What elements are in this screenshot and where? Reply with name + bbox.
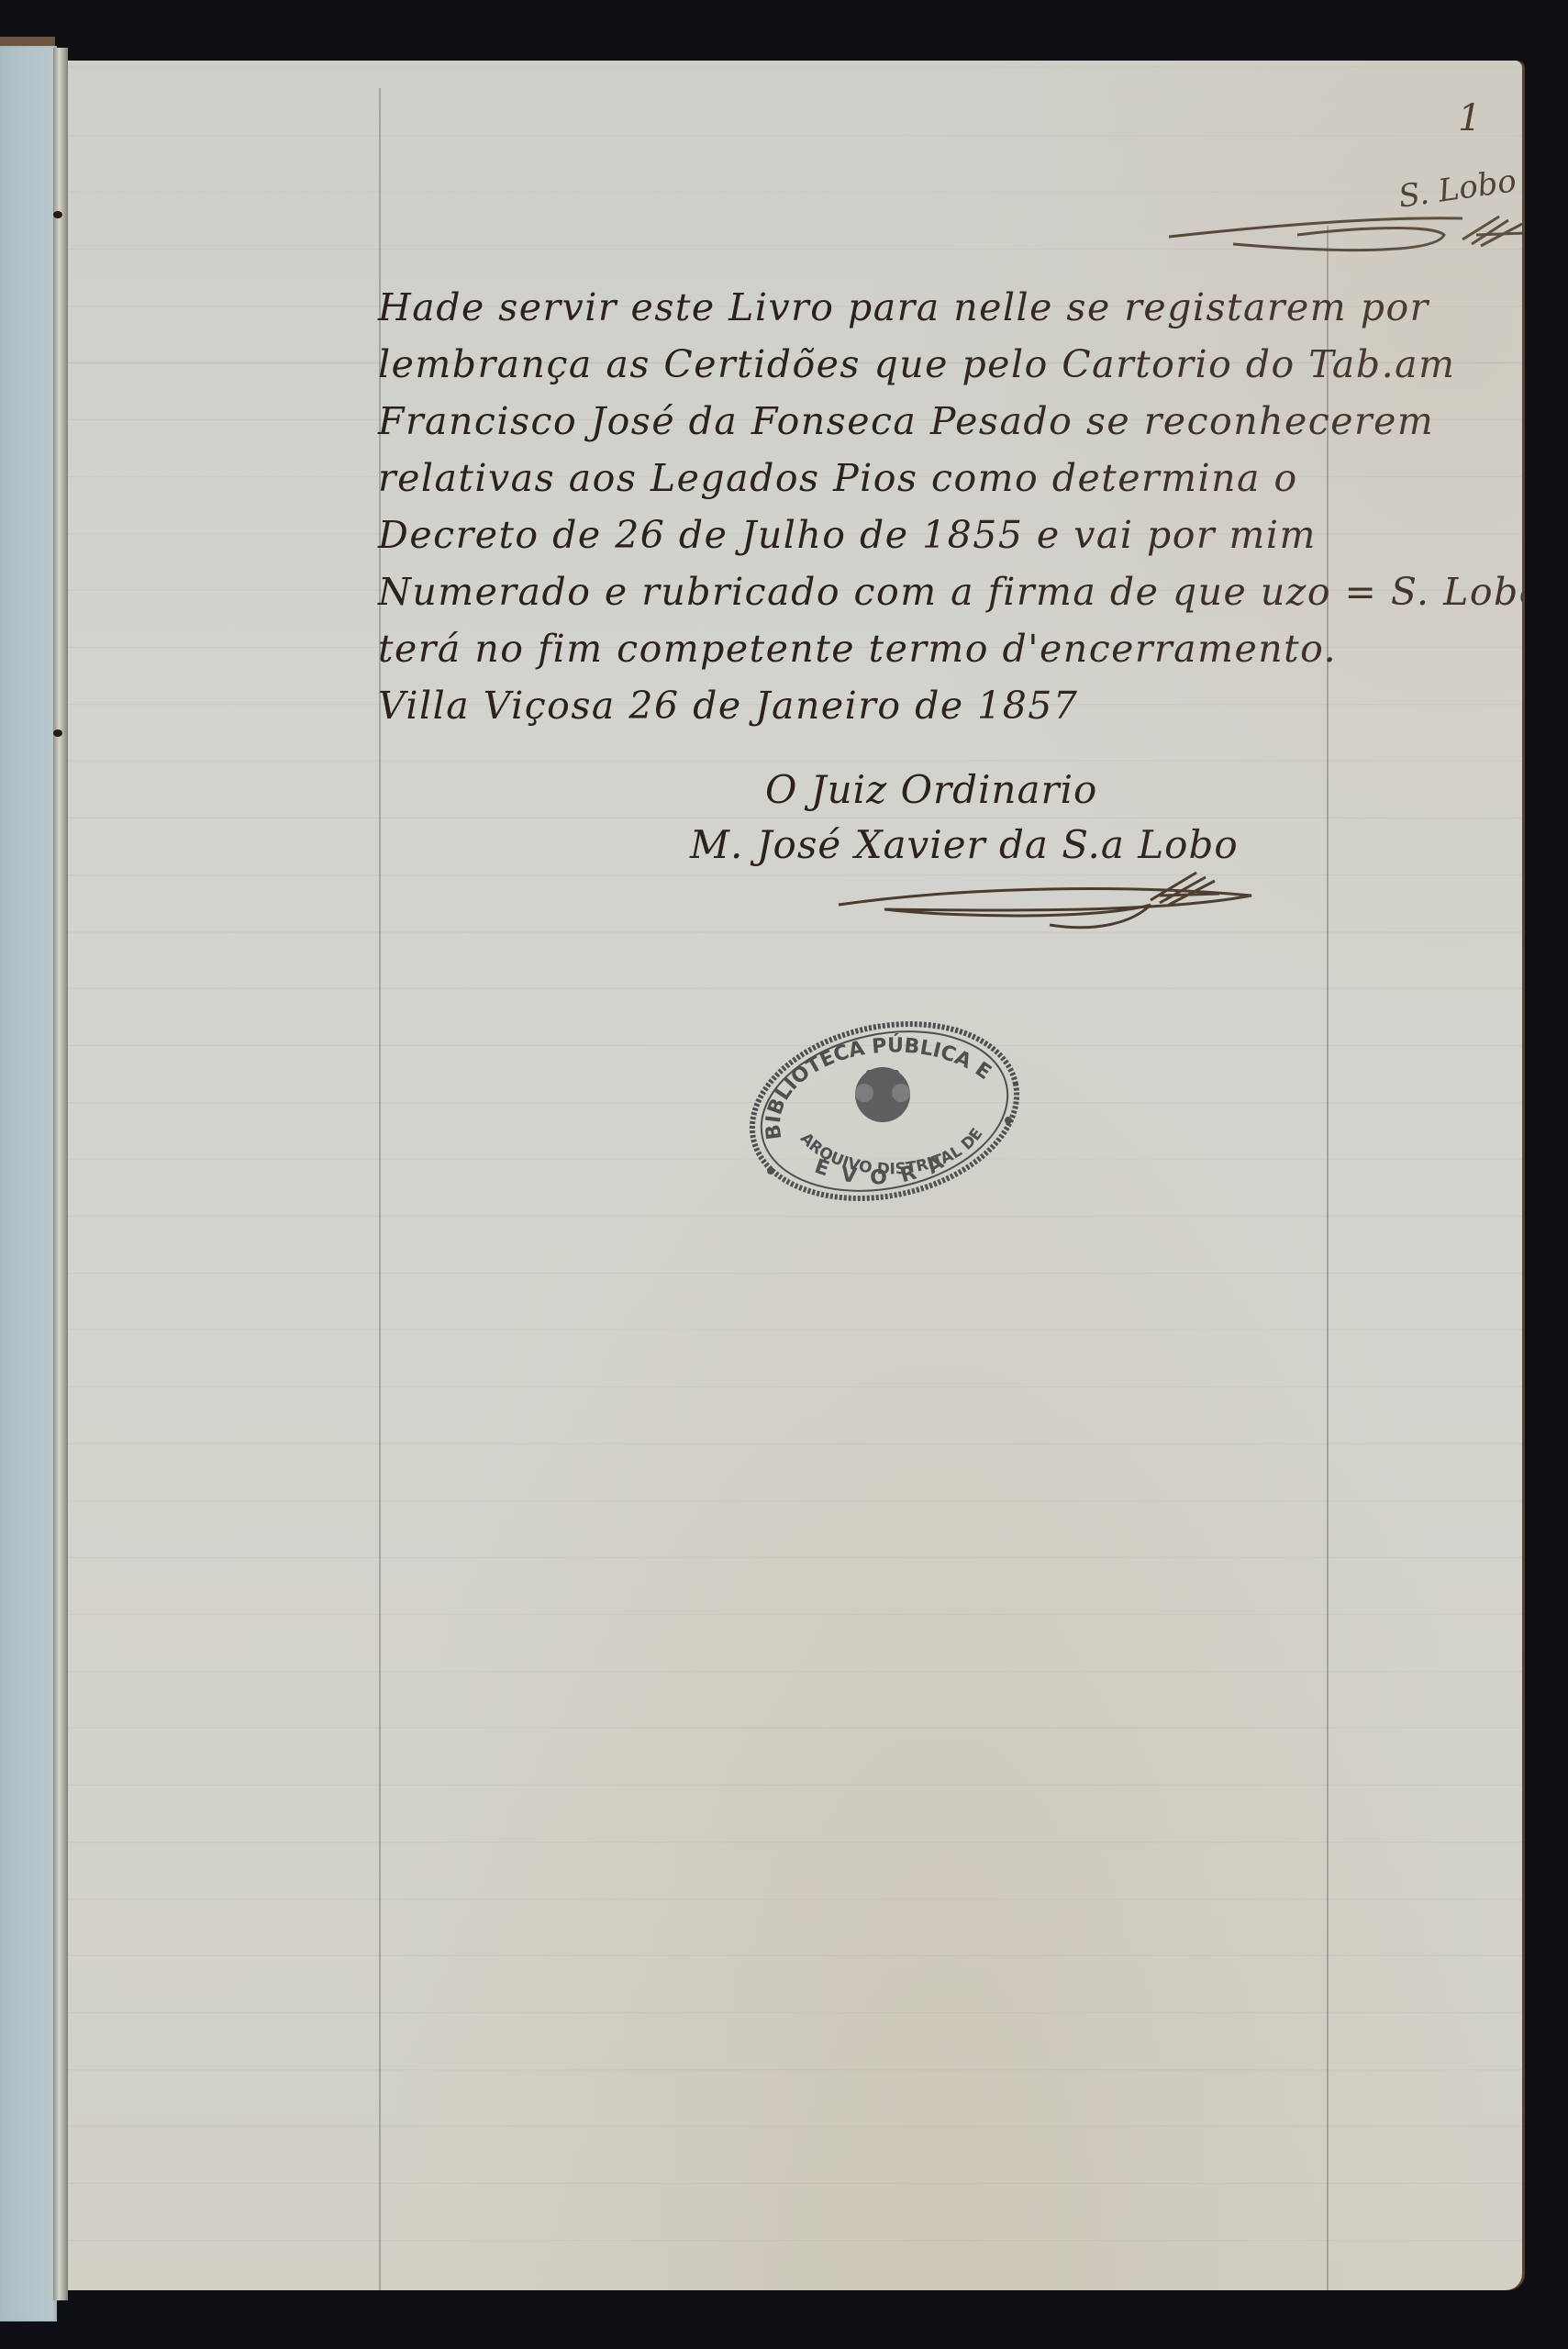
text-line: Francisco José da Fonseca Pesado se reco…: [378, 393, 1378, 450]
signature-flourish: [829, 868, 1270, 941]
text-line: Villa Viçosa 26 de Janeiro de 1857: [378, 677, 1378, 734]
text-line: Hade servir este Livro para nelle se reg…: [378, 279, 1378, 336]
top-flourish: [1160, 198, 1522, 281]
blue-cover-board: [0, 46, 57, 2321]
book-spine: [53, 48, 68, 2300]
manuscript-page: 1 S. Lobo Hade servir este Livro para ne…: [68, 61, 1522, 2290]
library-stamp: BIBLIOTECA PÚBLICA E ARQUIVO DISTRITAL D…: [745, 1019, 1025, 1203]
spine-thread-mark: [53, 211, 62, 218]
signature-name: M. José Xavier da S.a Lobo: [690, 822, 1239, 867]
body-text: Hade servir este Livro para nelle se reg…: [378, 279, 1378, 734]
signature-title: O Juiz Ordinario: [765, 767, 1097, 812]
text-line: lembrança as Certidões que pelo Cartorio…: [378, 336, 1378, 393]
folio-number: 1: [1458, 97, 1481, 139]
spine-thread-mark: [53, 729, 62, 737]
text-line: Numerado e rubricado com a firma de que …: [378, 563, 1378, 620]
text-line: Decreto de 26 de Julho de 1855 e vai por…: [378, 507, 1378, 563]
text-line: terá no fim competente termo d'encerrame…: [378, 620, 1378, 677]
text-line: relativas aos Legados Pios como determin…: [378, 450, 1378, 507]
